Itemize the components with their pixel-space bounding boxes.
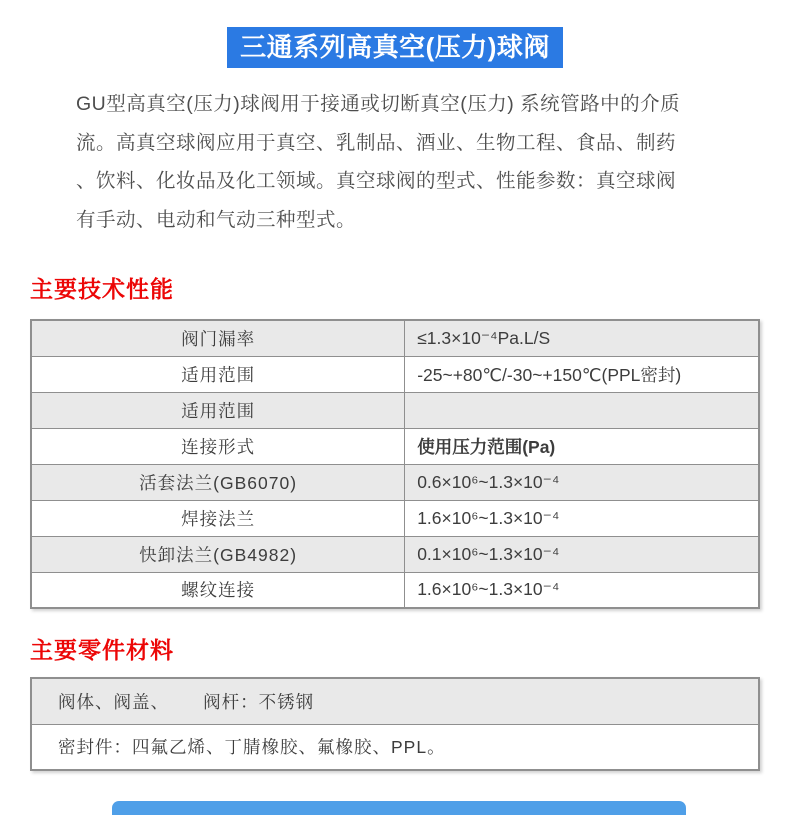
table-row: 螺纹连接 1.6×10⁶~1.3×10⁻⁴	[31, 572, 759, 608]
description-line: 有手动、电动和气动三种型式。	[76, 201, 720, 240]
product-detail-page: { "banner": { "title": "三通系列高真空(压力)球阀" }…	[0, 0, 790, 815]
next-section-banner-edge	[112, 801, 686, 815]
spec-value: 1.6×10⁶~1.3×10⁻⁴	[405, 572, 759, 608]
table-row: 阀体、阀盖、 阀杆：不锈钢	[31, 678, 759, 724]
tech-spec-table: 阀门漏率 ≤1.3×10⁻⁴Pa.L/S 适用范围 -25~+80℃/-30~+…	[30, 319, 760, 609]
table-row: 活套法兰(GB6070) 0.6×10⁶~1.3×10⁻⁴	[31, 464, 759, 500]
description-line: GU型高真空(压力)球阀用于接通或切断真空(压力) 系统管路中的介质	[76, 85, 720, 124]
table-row: 适用范围 -25~+80℃/-30~+150℃(PPL密封)	[31, 356, 759, 392]
description-line: 流。高真空球阀应用于真空、乳制品、酒业、生物工程、食品、制药	[76, 124, 720, 163]
spec-value: 使用压力范围(Pa)	[405, 428, 759, 464]
materials-table: 阀体、阀盖、 阀杆：不锈钢 密封件：四氟乙烯、丁腈橡胶、氟橡胶、PPL。	[30, 677, 760, 771]
tech-section-heading: 主要技术性能	[30, 271, 790, 304]
description-line: 、饮料、化妆品及化工领域。真空球阀的型式、性能参数：真空球阀	[76, 162, 720, 201]
table-row: 适用范围	[31, 392, 759, 428]
table-row: 密封件：四氟乙烯、丁腈橡胶、氟橡胶、PPL。	[31, 724, 759, 770]
page-title-banner: 三通系列高真空(压力)球阀	[227, 27, 563, 68]
spec-label: 阀门漏率	[31, 320, 405, 356]
spec-label: 快卸法兰(GB4982)	[31, 536, 405, 572]
spec-label: 活套法兰(GB6070)	[31, 464, 405, 500]
spec-value: 0.6×10⁶~1.3×10⁻⁴	[405, 464, 759, 500]
material-row-text: 密封件：四氟乙烯、丁腈橡胶、氟橡胶、PPL。	[31, 724, 759, 770]
material-row-text: 阀体、阀盖、 阀杆：不锈钢	[31, 678, 759, 724]
spec-value: 0.1×10⁶~1.3×10⁻⁴	[405, 536, 759, 572]
table-row: 焊接法兰 1.6×10⁶~1.3×10⁻⁴	[31, 500, 759, 536]
table-row: 阀门漏率 ≤1.3×10⁻⁴Pa.L/S	[31, 320, 759, 356]
materials-section-heading: 主要零件材料	[30, 632, 790, 665]
product-description: GU型高真空(压力)球阀用于接通或切断真空(压力) 系统管路中的介质 流。高真空…	[76, 85, 720, 239]
spec-label: 焊接法兰	[31, 500, 405, 536]
spec-value: ≤1.3×10⁻⁴Pa.L/S	[405, 320, 759, 356]
spec-value: 1.6×10⁶~1.3×10⁻⁴	[405, 500, 759, 536]
table-row: 连接形式 使用压力范围(Pa)	[31, 428, 759, 464]
spec-label: 连接形式	[31, 428, 405, 464]
spec-value: -25~+80℃/-30~+150℃(PPL密封)	[405, 356, 759, 392]
spec-label: 适用范围	[31, 356, 405, 392]
spec-value	[405, 392, 759, 428]
page-title: 三通系列高真空(压力)球阀	[240, 32, 550, 62]
spec-label: 螺纹连接	[31, 572, 405, 608]
spec-label: 适用范围	[31, 392, 405, 428]
table-row: 快卸法兰(GB4982) 0.1×10⁶~1.3×10⁻⁴	[31, 536, 759, 572]
